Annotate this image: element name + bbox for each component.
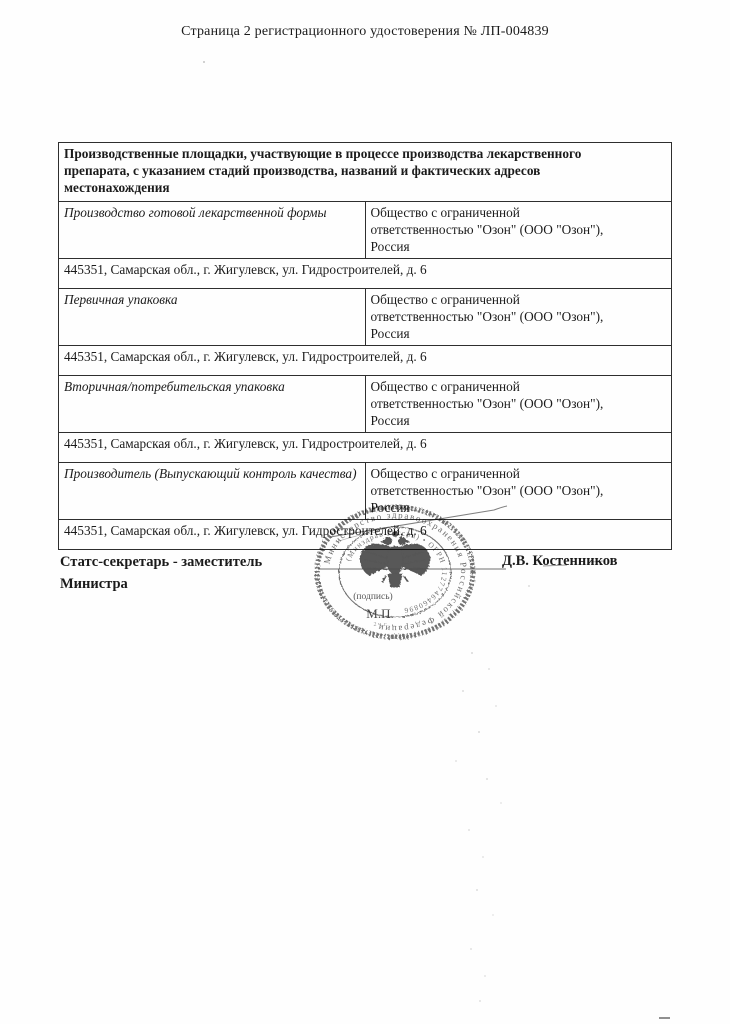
signature-title-line: Министра xyxy=(60,573,310,595)
address-cell: 445351, Самарская обл., г. Жигулевск, ул… xyxy=(59,259,672,289)
scan-noise-speckles xyxy=(0,0,2,2)
manufacturer-cell: Общество с ограниченной ответственностью… xyxy=(365,202,672,259)
table-header-row: Производственные площадки, участвующие в… xyxy=(59,143,672,202)
manufacturer-line: Общество с ограниченной xyxy=(371,465,666,482)
table-header-line: препарата, с указанием стадий производст… xyxy=(64,162,665,179)
manufacturer-line: Общество с ограниченной xyxy=(371,291,666,308)
stamp-small-mark: 2 ч. г xyxy=(374,622,388,628)
table-row: Первичная упаковка Общество с ограниченн… xyxy=(59,289,672,346)
stage-cell: Первичная упаковка xyxy=(59,289,366,346)
stamp-graphic: Министерство здравоохранения Российской … xyxy=(300,490,620,666)
stamp-signature-caption: (подпись) xyxy=(353,591,392,602)
signature-title-line: Статс-секретарь - заместитель xyxy=(60,551,310,573)
stage-cell: Производство готовой лекарственной формы xyxy=(59,202,366,259)
manufacturer-line: Общество с ограниченной xyxy=(371,204,666,221)
manufacturer-line: ответственностью "Озон" (ООО "Озон"), xyxy=(371,395,666,412)
stamp-mp-label: М.П. xyxy=(366,606,393,621)
table-row: Вторичная/потребительская упаковка Общес… xyxy=(59,376,672,433)
table-header-line: местонахождения xyxy=(64,179,665,196)
table-row: 445351, Самарская обл., г. Жигулевск, ул… xyxy=(59,346,672,376)
official-stamp: Министерство здравоохранения Российской … xyxy=(300,490,620,666)
address-cell: 445351, Самарская обл., г. Жигулевск, ул… xyxy=(59,433,672,463)
table-header-cell: Производственные площадки, участвующие в… xyxy=(59,143,672,202)
manufacturer-line: Россия xyxy=(371,238,666,255)
manufacturer-line: Россия xyxy=(371,325,666,342)
table-row: 445351, Самарская обл., г. Жигулевск, ул… xyxy=(59,433,672,463)
page-title: Страница 2 регистрационного удостоверени… xyxy=(0,24,730,40)
manufacturing-sites-table: Производственные площадки, участвующие в… xyxy=(58,142,672,550)
manufacturer-line: ответственностью "Озон" (ООО "Озон"), xyxy=(371,221,666,238)
manufacturer-cell: Общество с ограниченной ответственностью… xyxy=(365,376,672,433)
manufacturer-line: Общество с ограниченной xyxy=(371,378,666,395)
table-row: Производство готовой лекарственной формы… xyxy=(59,202,672,259)
manufacturer-line: Россия xyxy=(371,412,666,429)
manufacturer-line: ответственностью "Озон" (ООО "Озон"), xyxy=(371,308,666,325)
stage-cell: Вторичная/потребительская упаковка xyxy=(59,376,366,433)
table-row: 445351, Самарская обл., г. Жигулевск, ул… xyxy=(59,259,672,289)
manufacturer-cell: Общество с ограниченной ответственностью… xyxy=(365,289,672,346)
address-cell: 445351, Самарская обл., г. Жигулевск, ул… xyxy=(59,346,672,376)
table-header-line: Производственные площадки, участвующие в… xyxy=(64,145,665,162)
scan-artifact-mark xyxy=(659,1017,670,1019)
signature-title: Статс-секретарь - заместитель Министра xyxy=(60,551,310,595)
document-page: Страница 2 регистрационного удостоверени… xyxy=(0,0,730,1024)
